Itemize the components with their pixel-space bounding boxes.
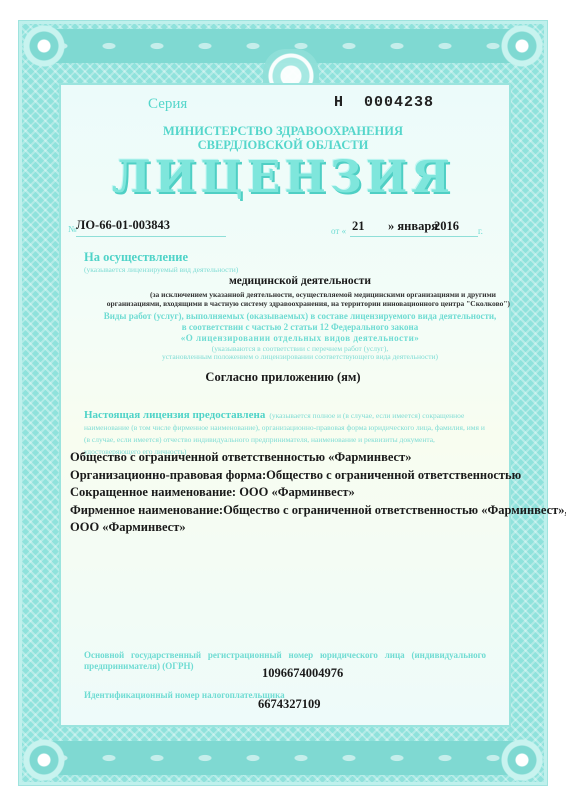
document-title: ЛИЦЕНЗИЯ — [60, 152, 506, 203]
licensee-block: Общество с ограниченной ответственностью… — [70, 449, 566, 537]
works-line-2: в соответствии с частью 2 статьи 12 Феде… — [80, 322, 520, 332]
ministry-line-2: СВЕРДЛОВСКОЙ ОБЛАСТИ — [90, 138, 476, 152]
licensee-legal-form: Организационно-правовая форма:Общество с… — [70, 467, 566, 485]
bottom-ornament-band — [49, 741, 517, 775]
inn-value: 6674327109 — [258, 697, 321, 712]
licensee-full-name: Общество с ограниченной ответственностью… — [70, 449, 566, 467]
inn-label: Идентификационный номер налогоплательщик… — [84, 690, 285, 700]
works-line-3: «О лицензировании отдельных видов деятел… — [80, 333, 520, 343]
works-value: Согласно приложению (ям) — [60, 370, 506, 385]
series-label: Серия — [148, 96, 187, 113]
date-suffix: г. — [478, 226, 483, 236]
corner-ornament-icon — [499, 23, 545, 69]
licensee-brand-name-cont: ООО «Фарминвест» — [70, 519, 566, 537]
license-number-underline — [76, 236, 226, 237]
license-number: ЛО-66-01-003843 — [76, 218, 170, 233]
activity-hint: (указывается лицензируемый вид деятельно… — [84, 265, 238, 274]
date-underline — [350, 236, 478, 237]
works-hint-line-2: установленным положением о лицензировани… — [80, 352, 520, 361]
ogrn-value: 1096674004976 — [262, 666, 343, 681]
granted-label: Настоящая лицензия предоставлена — [84, 409, 265, 421]
corner-ornament-icon — [21, 737, 67, 783]
activity-note-line-1: (за исключением указанной деятельности, … — [150, 290, 496, 299]
date-day: 21 — [352, 219, 365, 234]
series-number: Н 0004238 — [334, 94, 434, 111]
date-month: » января — [388, 219, 438, 234]
activity-note-line-2: организациями, входящими в частную систе… — [80, 299, 510, 308]
works-line-1: Виды работ (услуг), выполняемых (оказыва… — [80, 311, 520, 321]
activity-label: На осуществление — [84, 250, 188, 265]
date-year: 2016 — [434, 219, 459, 234]
corner-ornament-icon — [21, 23, 67, 69]
ministry-line-1: МИНИСТЕРСТВО ЗДРАВООХРАНЕНИЯ — [90, 124, 476, 138]
date-prefix: от « — [331, 226, 346, 236]
licensee-short-name: Сокращенное наименование: ООО «Фарминвес… — [70, 484, 566, 502]
licensee-brand-name: Фирменное наименование:Общество с ограни… — [70, 502, 566, 520]
activity-value: медицинской деятельности — [80, 275, 520, 287]
corner-ornament-icon — [499, 737, 545, 783]
